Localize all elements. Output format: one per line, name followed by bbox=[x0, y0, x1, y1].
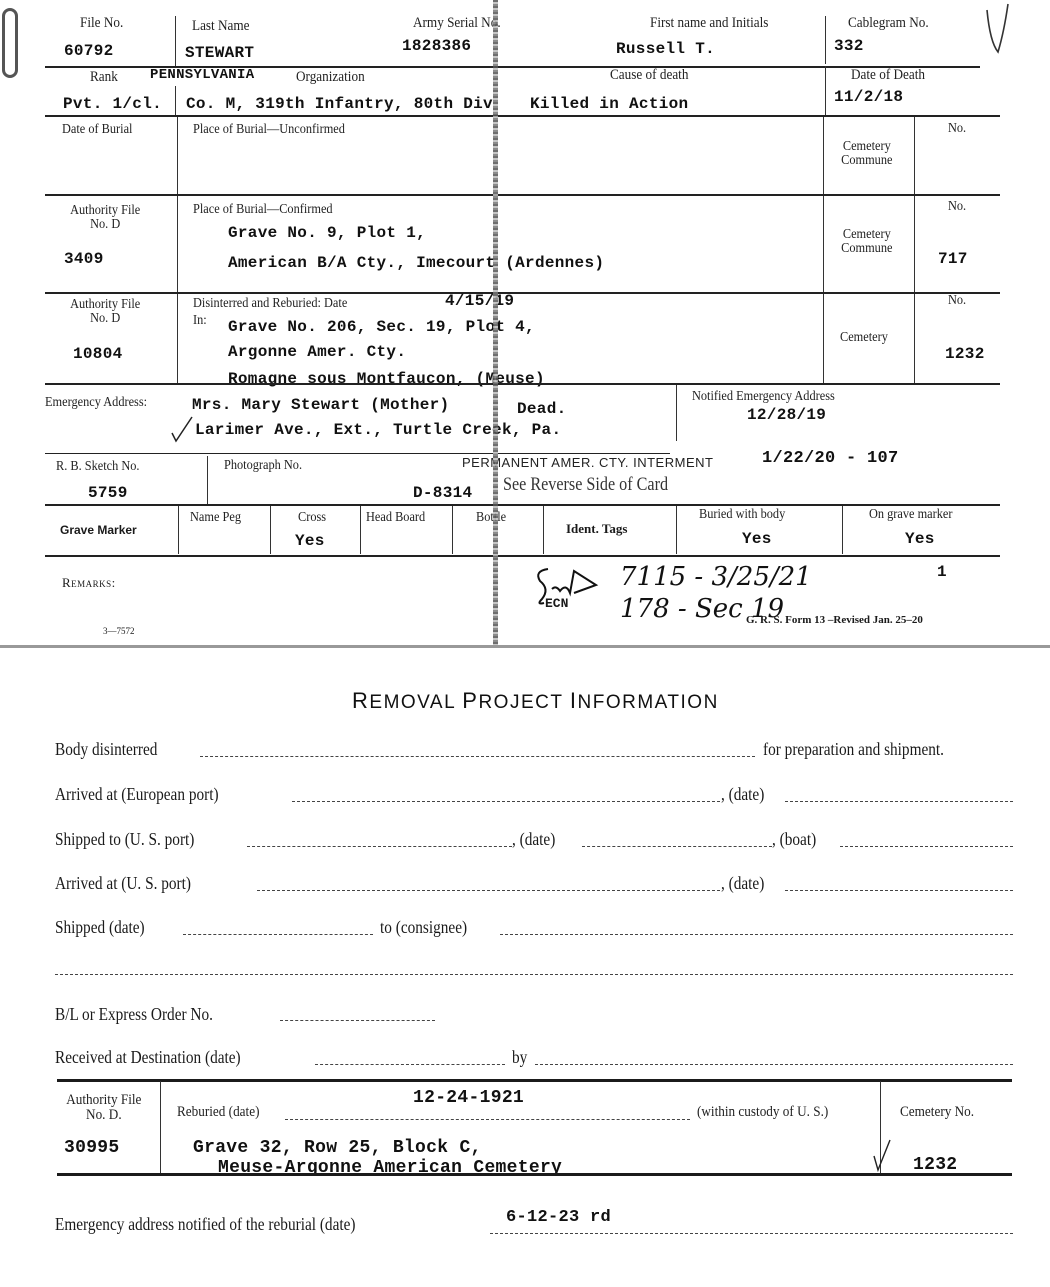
divider bbox=[823, 294, 824, 384]
cemetery-no-label: Cemetery No. bbox=[900, 1104, 974, 1121]
bottle-label: Bottle bbox=[476, 510, 506, 526]
reburied-label: Reburied (date) bbox=[177, 1104, 259, 1121]
page-number: 1 bbox=[937, 563, 947, 581]
title-part: EMOVAL bbox=[369, 692, 462, 713]
date-label: , (date) bbox=[512, 829, 555, 850]
cause-label: Cause of death bbox=[610, 67, 688, 84]
divider bbox=[177, 117, 178, 194]
boat-label: , (boat) bbox=[772, 829, 816, 850]
body-disinterred-label: Body disinterred bbox=[55, 739, 157, 760]
first-name-value: Russell T. bbox=[616, 40, 715, 58]
body-disinterred-field[interactable] bbox=[200, 756, 755, 757]
signature-icon bbox=[530, 563, 600, 613]
divider bbox=[823, 196, 824, 292]
date-label: , (date) bbox=[721, 784, 764, 805]
received-label: Received at Destination (date) bbox=[55, 1047, 241, 1068]
place-confirmed-label: Place of Burial—Confirmed bbox=[193, 202, 333, 218]
fold-crease bbox=[493, 0, 498, 645]
section-title: REMOVAL PROJECT INFORMATION bbox=[352, 688, 719, 714]
authority-no-value: 30995 bbox=[64, 1138, 120, 1158]
remarks-label: Remarks: bbox=[62, 575, 116, 591]
reburied-date-value: 12-24-1921 bbox=[413, 1088, 524, 1108]
received-by-field[interactable] bbox=[535, 1064, 1013, 1065]
authority-no-value: 10804 bbox=[73, 345, 123, 363]
date-of-death-label: Date of Death bbox=[851, 67, 925, 84]
checkmark-icon bbox=[984, 2, 1012, 56]
cemetery-no-value: 1232 bbox=[913, 1155, 957, 1175]
rank-value: Pvt. 1/cl. bbox=[63, 95, 162, 113]
punch-hole-icon bbox=[2, 8, 18, 78]
divider bbox=[207, 456, 208, 504]
rule bbox=[45, 504, 1000, 506]
title-part: ROJECT bbox=[478, 692, 569, 713]
divider bbox=[914, 196, 915, 292]
title-part: P bbox=[462, 688, 478, 713]
arrived-us-field[interactable] bbox=[257, 890, 720, 891]
arrived-european-date-field[interactable] bbox=[785, 801, 1013, 802]
card-back: REMOVAL PROJECT INFORMATION Body disinte… bbox=[0, 648, 1050, 1287]
rule bbox=[57, 1173, 1012, 1176]
arrived-european-label: Arrived at (European port) bbox=[55, 784, 219, 805]
notified-emergency-label: Notified Emergency Address bbox=[692, 389, 835, 405]
cross-value: Yes bbox=[295, 532, 325, 550]
cemetery-commune-label: Cemetery Commune bbox=[836, 228, 898, 256]
photograph-value: D-8314 bbox=[413, 484, 472, 502]
shipped-to-label: Shipped to (U. S. port) bbox=[55, 829, 194, 850]
reburied-line-1: Grave No. 206, Sec. 19, Plot 4, bbox=[228, 318, 535, 336]
organization-label: Organization bbox=[296, 69, 365, 86]
boat-field[interactable] bbox=[840, 846, 1013, 847]
see-reverse-note: See Reverse Side of Card bbox=[503, 474, 668, 496]
divider bbox=[825, 16, 826, 64]
consignee-field-continued[interactable] bbox=[55, 974, 1013, 975]
divider bbox=[825, 66, 826, 116]
date-of-burial-label: Date of Burial bbox=[62, 122, 132, 138]
cause-value: Killed in Action bbox=[530, 95, 688, 113]
cross-label: Cross bbox=[298, 510, 326, 526]
shipped-to-date-field[interactable] bbox=[582, 846, 772, 847]
cemetery-commune-label: Cemetery Commune bbox=[836, 140, 898, 168]
confirmed-line-2: American B/A Cty., Imecourt (Ardennes) bbox=[228, 254, 604, 272]
title-part: I bbox=[570, 688, 578, 713]
ident-tags-label: Ident. Tags bbox=[566, 521, 627, 537]
emergency-notified-value: 6-12-23 rd bbox=[506, 1208, 611, 1227]
no-label: No. bbox=[948, 121, 966, 137]
rule bbox=[57, 1079, 1012, 1082]
in-label: In: bbox=[193, 313, 207, 329]
divider bbox=[676, 506, 677, 554]
divider bbox=[914, 294, 915, 384]
emergency-notified-field[interactable] bbox=[490, 1233, 1013, 1234]
emergency-line-2: Larimer Ave., Ext., Turtle Creek, Pa. bbox=[195, 421, 561, 439]
bl-order-label: B/L or Express Order No. bbox=[55, 1004, 213, 1025]
divider bbox=[175, 16, 176, 68]
army-serial-value: 1828386 bbox=[402, 37, 471, 55]
organization-value: Co. M, 319th Infantry, 80th Div bbox=[186, 95, 493, 113]
reburied-line-2: Argonne Amer. Cty. bbox=[228, 343, 406, 361]
shipped-to-field[interactable] bbox=[247, 846, 512, 847]
disinterred-label: Disinterred and Reburied: Date bbox=[193, 296, 347, 312]
on-grave-marker-value: Yes bbox=[905, 530, 935, 548]
card-front: File No. 60792 Last Name STEWART Army Se… bbox=[0, 0, 1050, 645]
head-board-label: Head Board bbox=[366, 510, 425, 526]
buried-with-body-label: Buried with body bbox=[699, 507, 785, 523]
confirmed-line-1: Grave No. 9, Plot 1, bbox=[228, 224, 426, 242]
last-name-label: Last Name bbox=[192, 18, 250, 35]
checkmark-icon bbox=[170, 415, 194, 443]
permanent-interment-label: PERMANENT AMER. CTY. INTERMENT bbox=[462, 455, 713, 470]
emergency-address-label: Emergency Address: bbox=[45, 395, 147, 411]
disinterred-date: 4/15/19 bbox=[445, 292, 514, 310]
consignee-field[interactable] bbox=[500, 934, 1013, 935]
army-serial-label: Army Serial No. bbox=[413, 15, 501, 32]
print-code: 3—7572 bbox=[103, 626, 135, 636]
cablegram-label: Cablegram No. bbox=[848, 15, 929, 32]
rule bbox=[45, 292, 1000, 294]
rule bbox=[45, 555, 1000, 557]
notified-emergency-date: 12/28/19 bbox=[747, 406, 826, 424]
authority-label: Authority File No. D bbox=[70, 298, 140, 326]
emergency-notified-label: Emergency address notified of the reburi… bbox=[55, 1214, 356, 1235]
on-grave-marker-label: On grave marker bbox=[869, 507, 952, 523]
authority-label: Authority File No. D. bbox=[66, 1093, 142, 1123]
rule bbox=[45, 115, 1000, 117]
authority-label: Authority File No. D bbox=[70, 204, 140, 232]
divider bbox=[178, 506, 179, 554]
last-name-value: STEWART bbox=[185, 44, 254, 62]
checkmark-icon bbox=[870, 1138, 894, 1174]
for-preparation-label: for preparation and shipment. bbox=[763, 739, 944, 760]
form-id: G. R. S. Form 13 –Revised Jan. 25–20 bbox=[746, 614, 923, 626]
rule bbox=[45, 453, 670, 454]
grave-marker-label: Grave Marker bbox=[60, 523, 137, 537]
within-custody-label: (within custody of U. S.) bbox=[697, 1104, 828, 1121]
divider bbox=[175, 86, 176, 116]
rule bbox=[45, 194, 1000, 196]
no-label: No. bbox=[948, 199, 966, 215]
divider bbox=[452, 506, 453, 554]
file-no-label: File No. bbox=[80, 15, 123, 32]
divider bbox=[177, 196, 178, 292]
no-label: No. bbox=[948, 293, 966, 309]
shipped-date-label: Shipped (date) bbox=[55, 917, 145, 938]
divider bbox=[543, 506, 544, 554]
emergency-status: Dead. bbox=[517, 400, 567, 418]
reburial-line-1: Grave 32, Row 25, Block C, bbox=[193, 1138, 482, 1158]
cablegram-value: 332 bbox=[834, 37, 864, 55]
divider bbox=[914, 117, 915, 194]
date-of-death-value: 11/2/18 bbox=[834, 88, 903, 106]
authority-no-value: 3409 bbox=[64, 250, 104, 268]
rank-label: Rank bbox=[90, 69, 118, 86]
by-label: by bbox=[512, 1047, 527, 1068]
arrived-european-field[interactable] bbox=[292, 801, 720, 802]
name-peg-label: Name Peg bbox=[190, 510, 241, 526]
cemetery-label: Cemetery bbox=[840, 330, 888, 346]
arrived-us-label: Arrived at (U. S. port) bbox=[55, 873, 191, 894]
title-part: R bbox=[352, 688, 369, 713]
no-value: 717 bbox=[938, 250, 968, 268]
date-label: , (date) bbox=[721, 873, 764, 894]
file-no-value: 60792 bbox=[64, 42, 114, 60]
divider bbox=[823, 117, 824, 194]
arrived-us-date-field[interactable] bbox=[785, 890, 1013, 891]
shipped-date-field[interactable] bbox=[183, 934, 373, 935]
rb-sketch-value: 5759 bbox=[88, 484, 128, 502]
photograph-label: Photograph No. bbox=[224, 458, 302, 474]
divider bbox=[270, 506, 271, 554]
place-unconfirmed-label: Place of Burial—Unconfirmed bbox=[193, 122, 345, 138]
state-value: PENNSYLVANIA bbox=[150, 67, 254, 83]
no-value: 1232 bbox=[945, 345, 985, 363]
divider bbox=[676, 385, 677, 441]
divider bbox=[360, 506, 361, 554]
reburied-date-field[interactable] bbox=[285, 1119, 690, 1120]
bl-order-field[interactable] bbox=[280, 1020, 435, 1021]
first-name-label: First name and Initials bbox=[650, 15, 768, 32]
divider bbox=[177, 294, 178, 384]
rb-sketch-label: R. B. Sketch No. bbox=[56, 459, 140, 475]
title-part: NFORMATION bbox=[578, 692, 719, 713]
divider bbox=[842, 506, 843, 554]
received-date-field[interactable] bbox=[315, 1064, 505, 1065]
emergency-line-1: Mrs. Mary Stewart (Mother) bbox=[192, 396, 449, 414]
divider bbox=[160, 1081, 161, 1174]
handwritten-note-1: 7115 - 3/25/21 bbox=[620, 562, 812, 592]
consignee-label: to (consignee) bbox=[380, 917, 467, 938]
buried-with-body-value: Yes bbox=[742, 530, 772, 548]
permanent-interment-value: 1/22/20 - 107 bbox=[762, 449, 899, 468]
rule bbox=[45, 383, 1000, 385]
